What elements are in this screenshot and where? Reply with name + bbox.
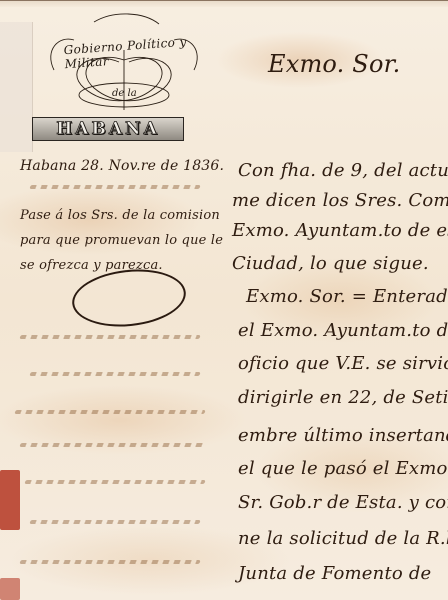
letter-line: ne la solicitud de la R.l	[238, 528, 448, 549]
letter-line: dirigirle en 22, de Seti-	[238, 387, 448, 408]
letter-line: Exmo. Ayuntam.to de esta	[232, 220, 448, 241]
city-name: HABANA	[56, 119, 160, 139]
paper-top-edge	[0, 0, 448, 7]
letter-line: embre último insertando	[238, 425, 448, 446]
letter-line: el que le pasó el Exmo.	[238, 458, 448, 479]
red-seal-stamp-lower	[0, 578, 20, 600]
margin-date-line: Habana 28. Nov.re de 1836.	[20, 158, 224, 174]
letter-line: el Exmo. Ayuntam.to del	[238, 320, 448, 341]
letterhead-crest: Gobierno Político y Militar de la	[34, 10, 214, 115]
letterhead-crest-subtext: de la	[112, 88, 137, 99]
letter-line: Ciudad, lo que sigue.	[232, 253, 429, 274]
letter-line: me dicen los Sres. Com.s del	[232, 190, 448, 211]
letter-line: oficio que V.E. se sirvió	[238, 353, 448, 374]
city-banner: HABANA	[32, 117, 184, 141]
letter-line: Exmo. Sor. = Enterado	[246, 286, 448, 307]
letter-line: Con fha. de 9, del actual	[238, 160, 448, 181]
letter-line: Sr. Gob.r de Esta. y contie-	[238, 492, 448, 513]
paper-fold-strip	[0, 22, 33, 152]
margin-note-line: Pase á los Srs. de la comision	[20, 208, 220, 223]
margin-note-line: para que promuevan lo que le	[20, 233, 223, 248]
letter-salutation: Exmo. Sor.	[268, 50, 400, 78]
red-seal-stamp	[0, 470, 20, 530]
letter-line: Junta de Fomento de	[238, 563, 431, 584]
